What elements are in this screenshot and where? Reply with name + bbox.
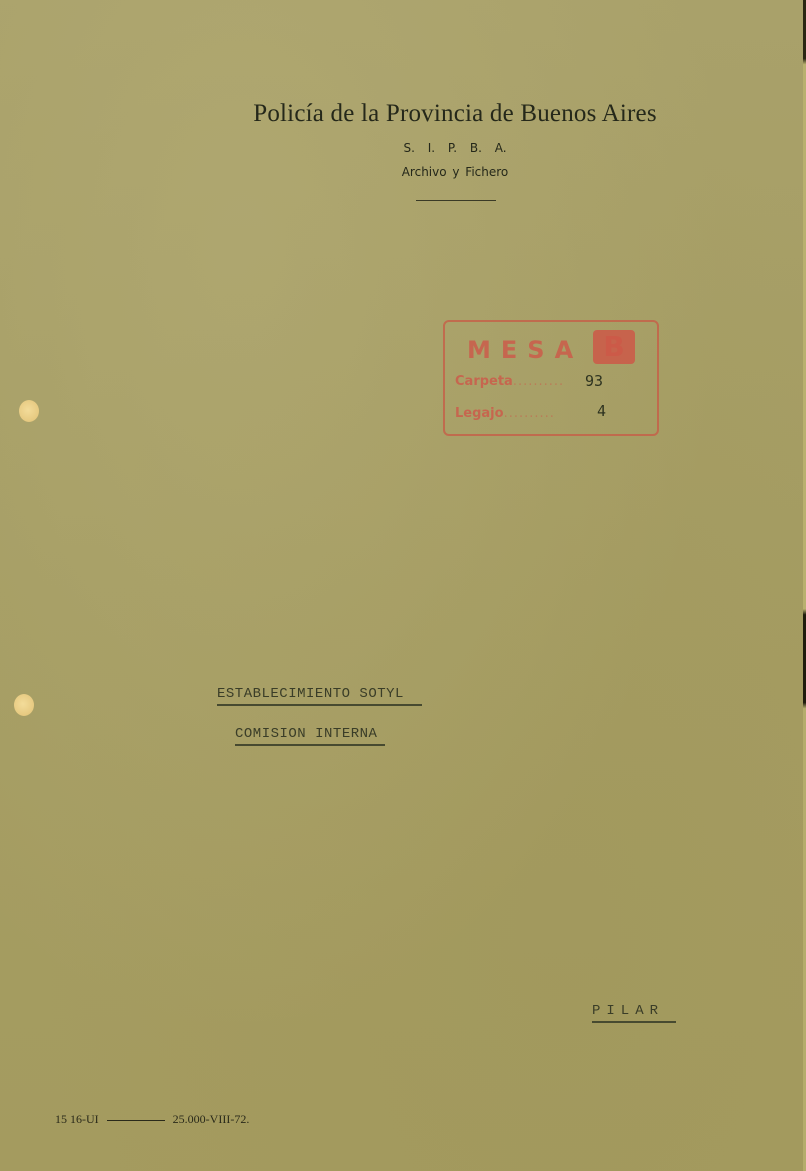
legajo-label: Legajo xyxy=(455,406,504,421)
carpeta-value: 93 xyxy=(585,372,603,390)
punch-hole-top xyxy=(19,400,39,422)
header-divider xyxy=(416,200,496,201)
carpeta-label: Carpeta xyxy=(455,374,513,389)
establishment-name: ESTABLECIMIENTO SOTYL xyxy=(217,686,422,706)
mesa-stamp: MESA B Carpeta.......... 93 Legajo......… xyxy=(443,320,659,436)
footer-dash xyxy=(107,1120,165,1121)
print-run: 25.000-VIII-72. xyxy=(173,1112,250,1126)
punch-hole-bottom xyxy=(14,694,34,716)
legajo-dots: .......... xyxy=(504,406,555,421)
stamp-legajo-row: Legajo.......... xyxy=(455,406,555,421)
location-name: PILAR xyxy=(592,1003,676,1023)
agency-acronym: S. I. P. B. A. xyxy=(0,141,806,155)
legajo-value: 4 xyxy=(597,402,606,420)
document-title: Policía de la Provincia de Buenos Aires xyxy=(0,100,806,128)
form-footer: 15 16-UI25.000-VIII-72. xyxy=(55,1112,249,1127)
subject-line: COMISION INTERNA xyxy=(235,726,385,746)
carpeta-dots: .......... xyxy=(513,374,564,389)
form-code: 15 16-UI xyxy=(55,1112,99,1126)
stamp-carpeta-row: Carpeta.......... xyxy=(455,374,564,389)
stamp-mesa-label: MESA xyxy=(467,336,583,364)
stamp-mesa-letter: B xyxy=(593,330,635,364)
department-name: Archivo y Fichero xyxy=(0,165,806,179)
